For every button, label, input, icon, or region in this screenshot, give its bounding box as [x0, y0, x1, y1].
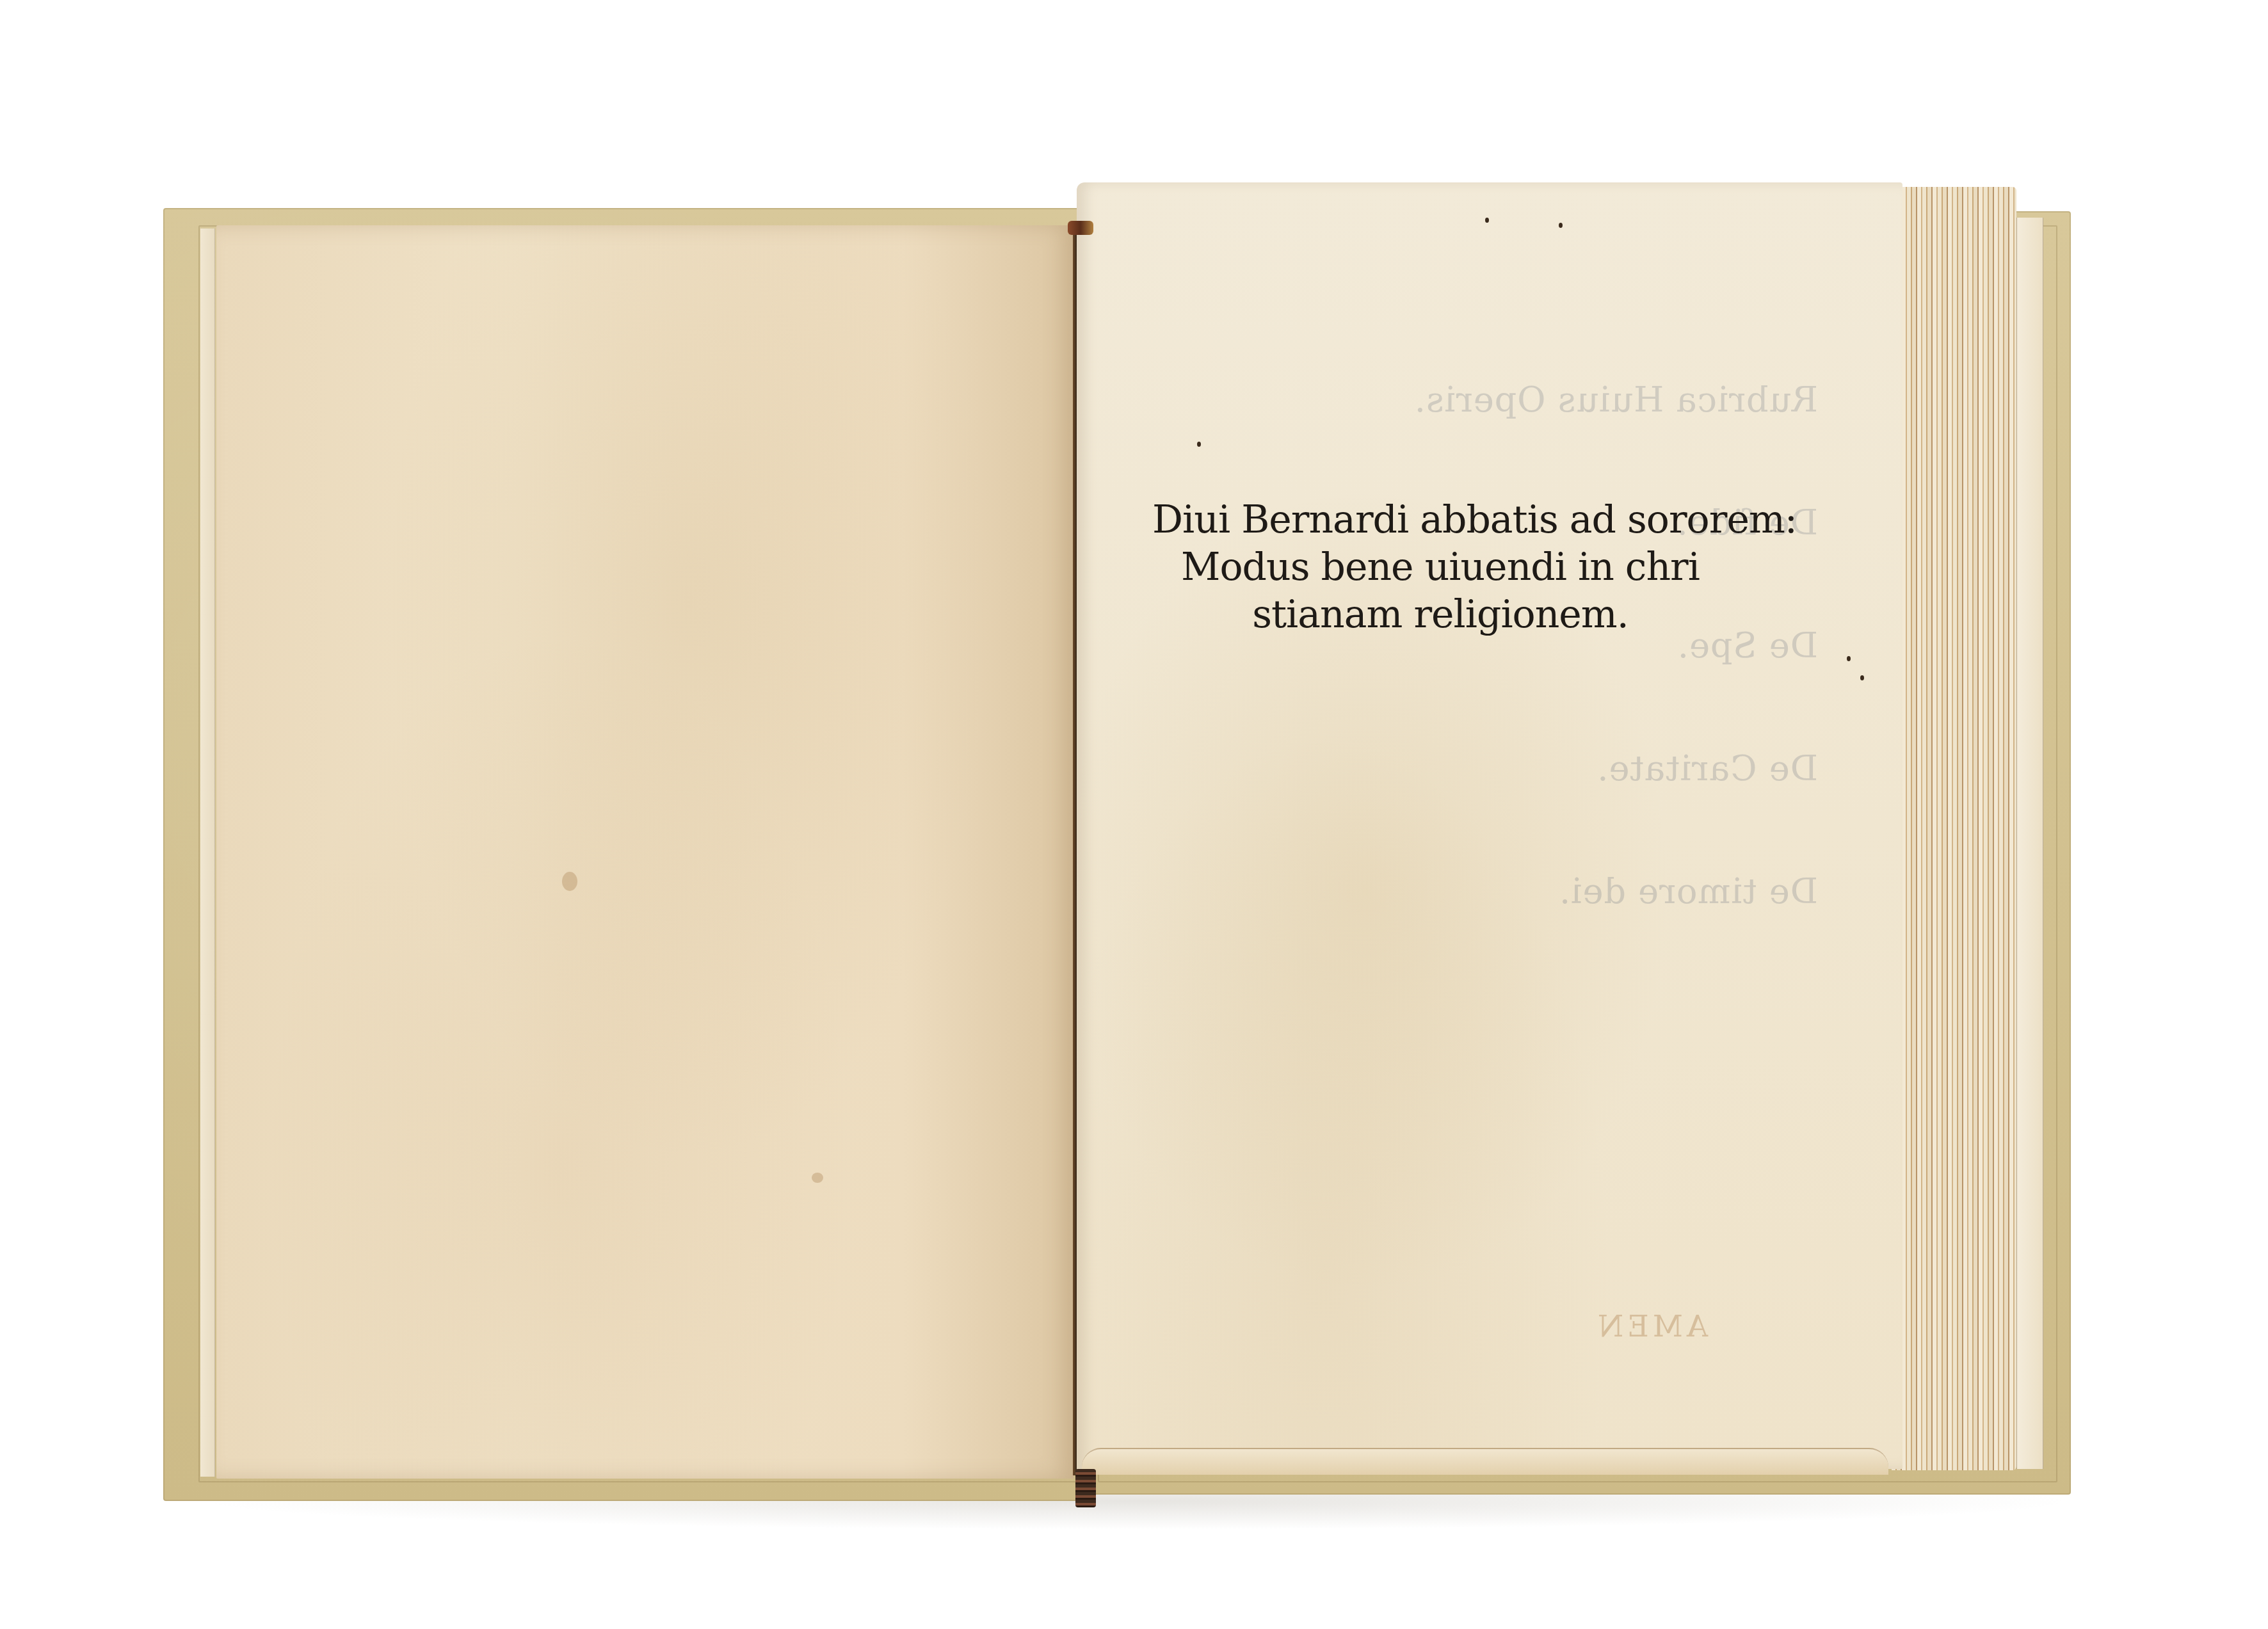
- paper-speck: [1485, 218, 1489, 223]
- show-through-text: Rubrica Huius Operis. De fide. De Spe. D…: [1370, 298, 1818, 994]
- left-flyleaf-edge: [200, 229, 215, 1477]
- foxing-stain: [562, 872, 577, 891]
- headband-top: [1068, 221, 1093, 235]
- foxing-stain: [812, 1173, 823, 1183]
- fore-edge-page-stack: [1892, 187, 2016, 1470]
- printed-title: Diui Bernardi abbatis ad sororem: Modus …: [1152, 496, 1728, 638]
- show-through-line: De Caritate.: [1370, 748, 1818, 789]
- book-gutter: [1073, 224, 1077, 1475]
- right-endleaf: [2016, 218, 2043, 1469]
- title-line-3: stianam religionem.: [1152, 591, 1728, 638]
- show-through-line: Rubrica Huius Operis.: [1370, 380, 1818, 421]
- paper-speck: [1559, 223, 1563, 228]
- show-through-footer: AMEN: [1594, 1309, 1708, 1344]
- paper-speck: [1197, 442, 1201, 447]
- title-line-1: Diui Bernardi abbatis ad sororem:: [1152, 496, 1728, 543]
- headband-bottom: [1075, 1469, 1096, 1507]
- left-page-blank: [216, 225, 1074, 1479]
- right-page-bottom-curl: [1082, 1448, 1888, 1475]
- book-photo-scene: Rubrica Huius Operis. De fide. De Spe. D…: [0, 0, 2268, 1629]
- paper-speck: [1847, 656, 1851, 661]
- title-line-2: Modus bene uiuendi in chri: [1152, 543, 1728, 591]
- paper-speck: [1860, 675, 1864, 680]
- show-through-line: De timore dei.: [1370, 871, 1818, 912]
